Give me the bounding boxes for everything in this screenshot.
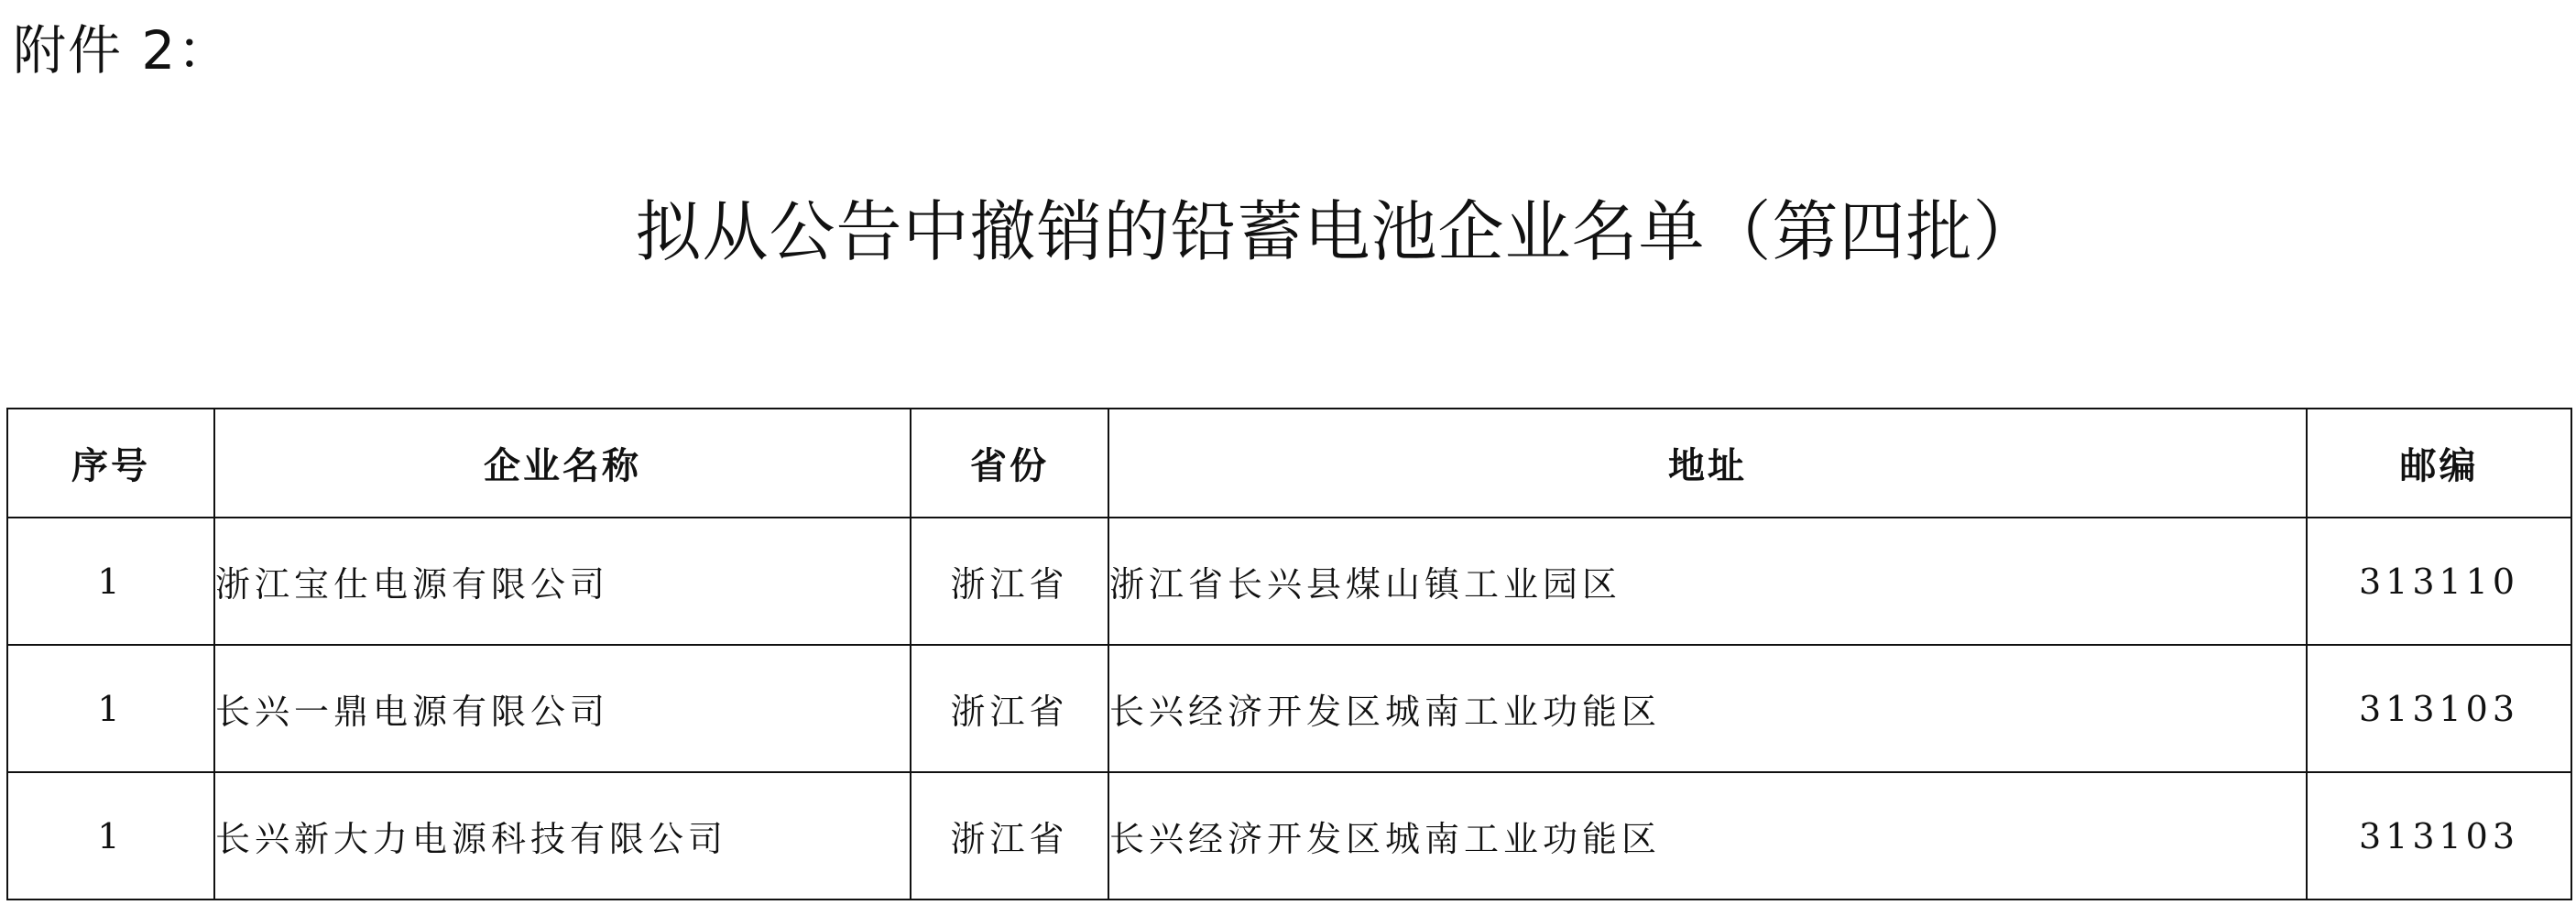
column-header-province: 省份 (911, 409, 1108, 518)
column-header-postcode: 邮编 (2307, 409, 2571, 518)
column-header-address: 地址 (1108, 409, 2307, 518)
cell-province: 浙江省 (911, 772, 1108, 900)
cell-address: 长兴经济开发区城南工业功能区 (1108, 645, 2307, 772)
cell-index: 1 (7, 645, 214, 772)
table-header-row: 序号 企业名称 省份 地址 邮编 (7, 409, 2571, 518)
table-row: 1 长兴新大力电源科技有限公司 浙江省 长兴经济开发区城南工业功能区 31310… (7, 772, 2571, 900)
cell-province: 浙江省 (911, 645, 1108, 772)
cell-address: 浙江省长兴县煤山镇工业园区 (1108, 518, 2307, 645)
cell-postcode: 313103 (2307, 772, 2571, 900)
cell-index: 1 (7, 772, 214, 900)
cell-postcode: 313103 (2307, 645, 2571, 772)
table-row: 1 长兴一鼎电源有限公司 浙江省 长兴经济开发区城南工业功能区 313103 (7, 645, 2571, 772)
cell-company: 长兴新大力电源科技有限公司 (214, 772, 911, 900)
cell-address: 长兴经济开发区城南工业功能区 (1108, 772, 2307, 900)
cell-company: 长兴一鼎电源有限公司 (214, 645, 911, 772)
cell-province: 浙江省 (911, 518, 1108, 645)
enterprise-list-table: 序号 企业名称 省份 地址 邮编 1 浙江宝仕电源有限公司 浙江省 浙江省长兴县… (6, 408, 2572, 900)
cell-index: 1 (7, 518, 214, 645)
column-header-index: 序号 (7, 409, 214, 518)
table-row: 1 浙江宝仕电源有限公司 浙江省 浙江省长兴县煤山镇工业园区 313110 (7, 518, 2571, 645)
column-header-company: 企业名称 (214, 409, 911, 518)
cell-company: 浙江宝仕电源有限公司 (214, 518, 911, 645)
document-title: 拟从公告中撤销的铅蓄电池企业名单（第四批） (0, 186, 2576, 278)
attachment-label: 附件 2： (13, 18, 232, 82)
cell-postcode: 313110 (2307, 518, 2571, 645)
